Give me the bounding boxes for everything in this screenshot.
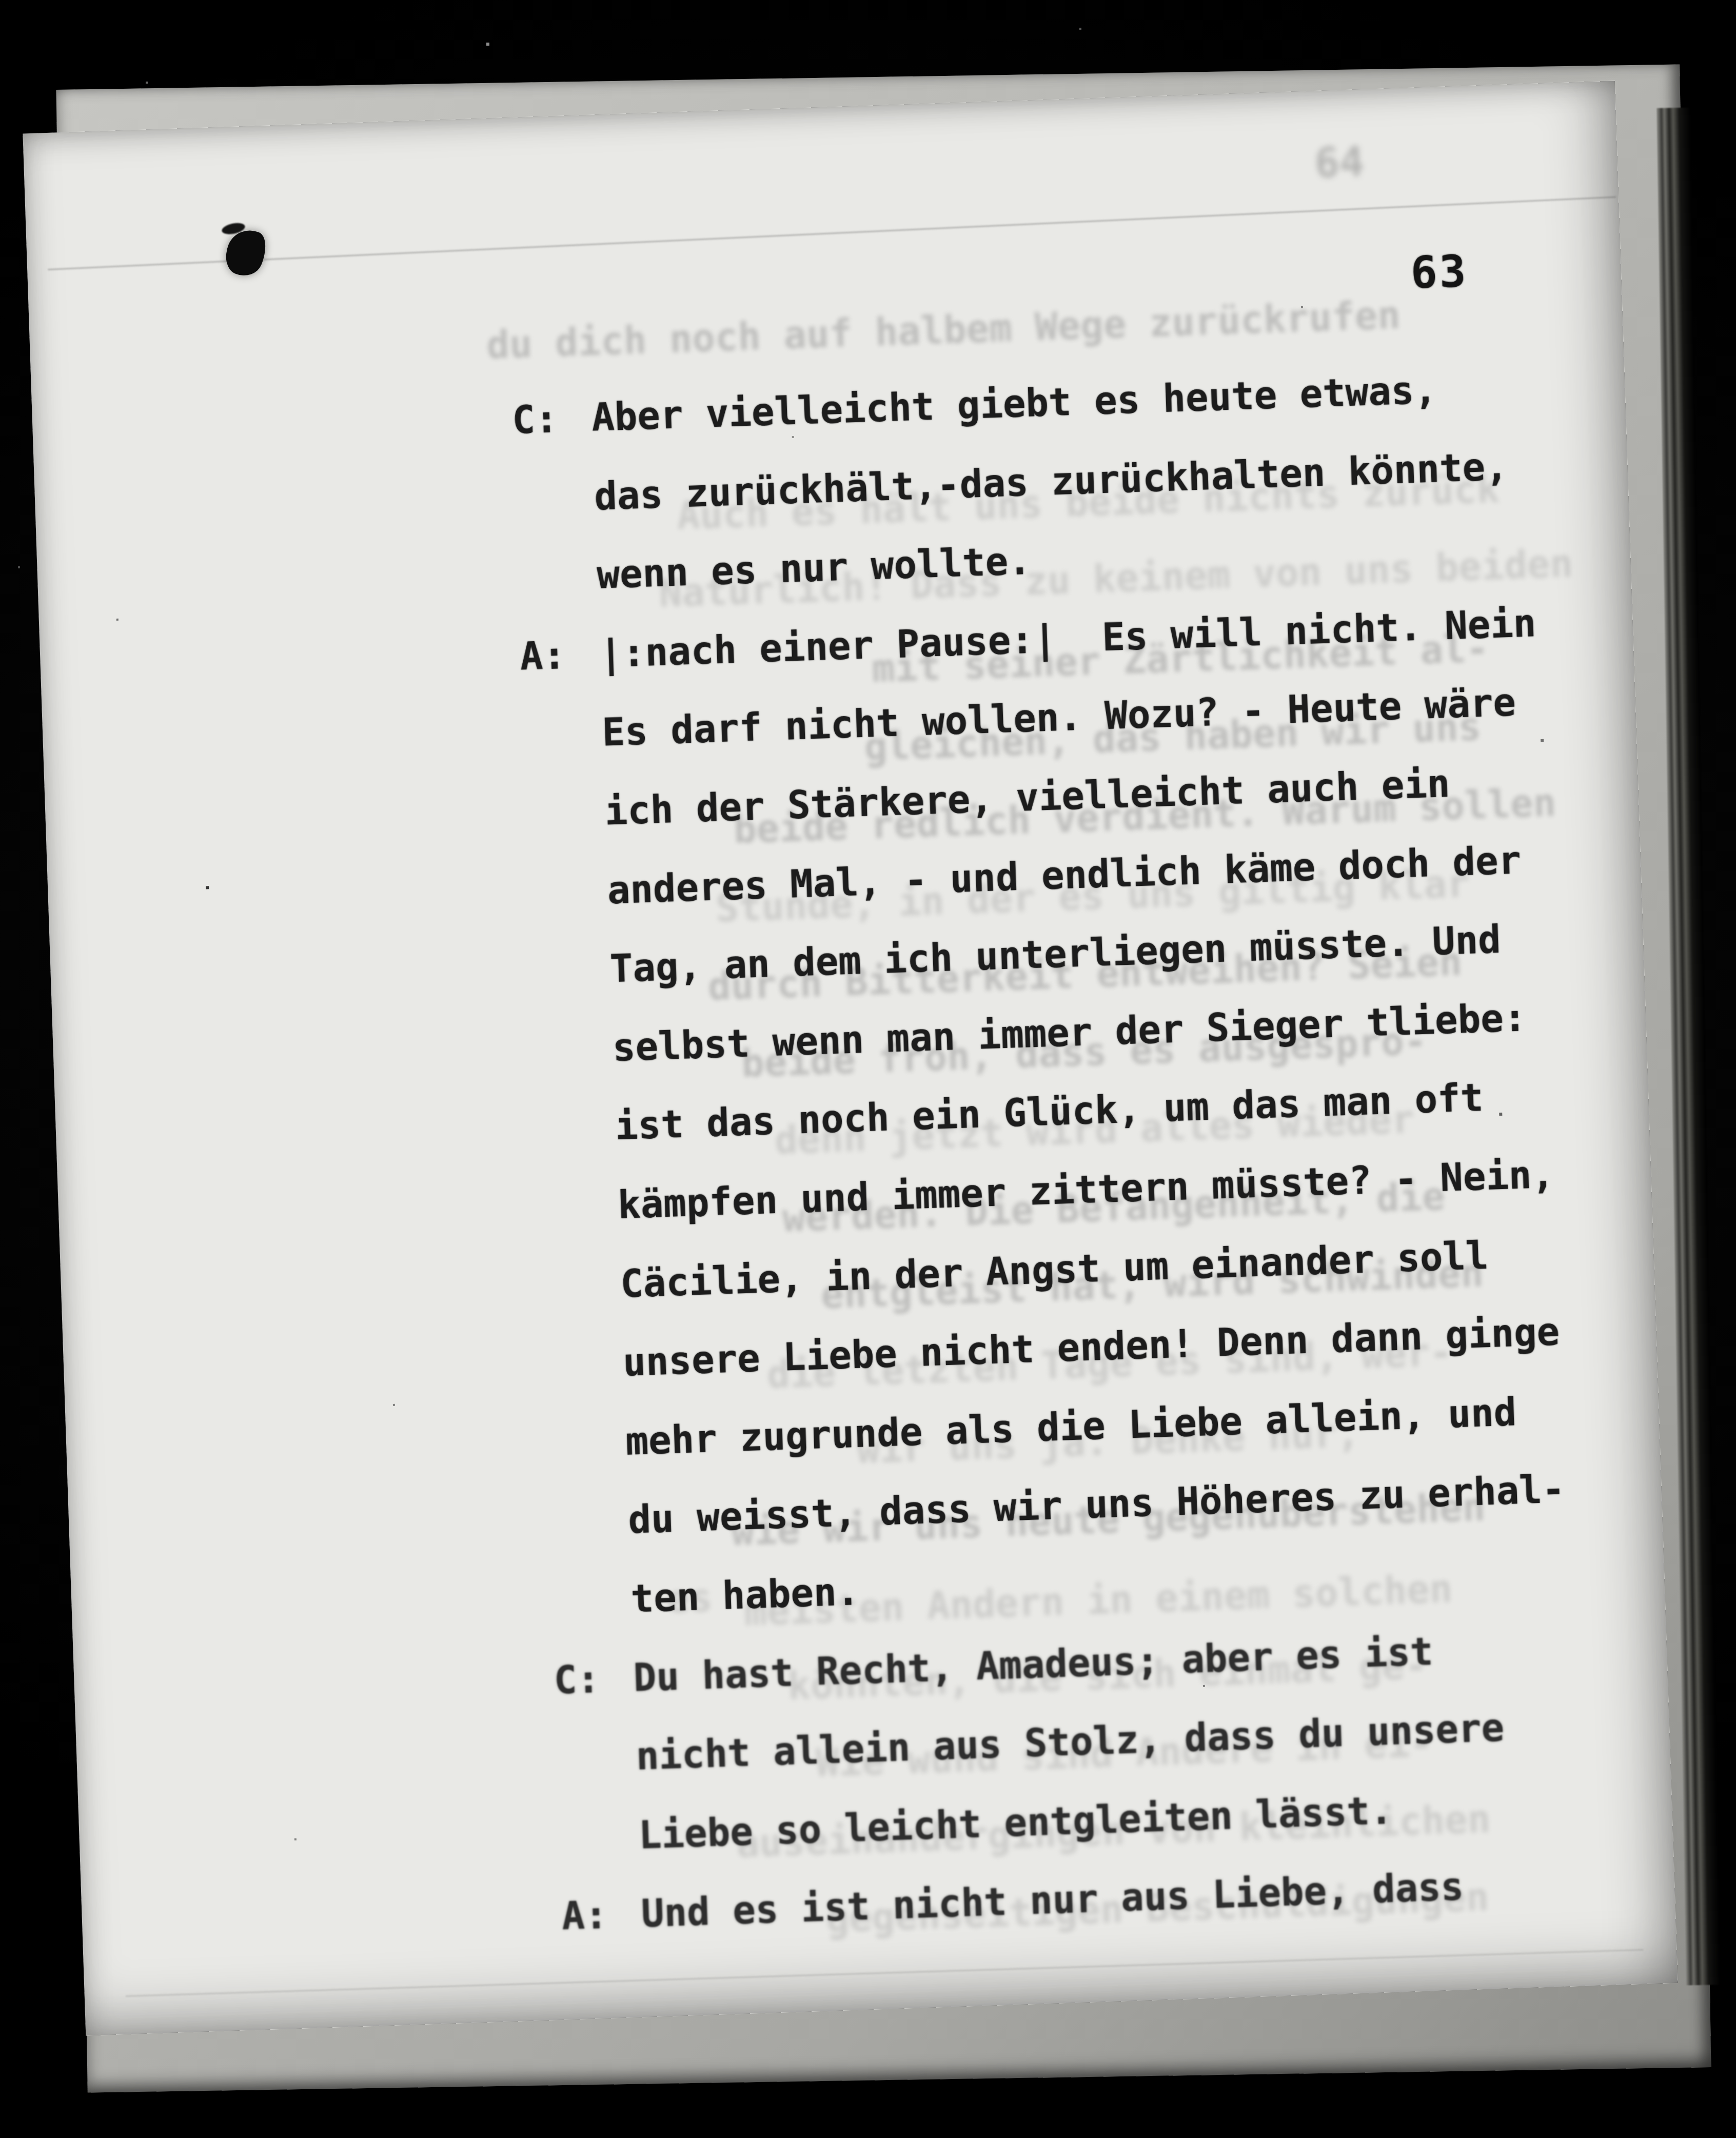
line-text: ich der Stärkere, vielleicht auch ein — [604, 762, 1450, 834]
line-text: Cäcilie, in der Angst um einander soll — [620, 1234, 1489, 1306]
manuscript-page: du dich noch auf halbem Wege zurückrufen… — [23, 81, 1678, 2036]
line-text: Tag, an dem ich unterliegen müsste. Und — [609, 918, 1502, 992]
line-text: Es darf nicht wollen. Wozu? - Heute wäre — [601, 681, 1516, 755]
speaker-label: C: — [511, 397, 559, 443]
typed-text-layer: 64 63 C:Aber vielleicht giebt es heute e… — [23, 81, 1678, 2036]
speaker-label: A: — [561, 1893, 608, 1939]
line-text: unsere Liebe nicht enden! Denn dann ging… — [622, 1310, 1560, 1385]
line-text: kämpfen und immer zittern müsste? - Nein… — [617, 1153, 1555, 1228]
line-text: selbst wenn man immer der Sieger tliebe: — [612, 996, 1527, 1070]
speaker-label: C: — [554, 1657, 601, 1703]
line-text: ten haben. — [630, 1570, 860, 1621]
page-number: 63 — [1410, 246, 1469, 299]
film-dust-specks — [0, 0, 1, 1]
line-text: |:nach einer Pause:| Es will nicht. Nein — [599, 601, 1536, 677]
line-text: du weisst, dass wir uns Höheres zu erhal… — [627, 1467, 1565, 1542]
line-text: nicht allein aus Stolz, dass du unsere — [635, 1706, 1505, 1778]
speaker-label: A: — [519, 634, 566, 679]
line-text: das zurückhält,-das zurückhalten könnte, — [594, 445, 1509, 519]
line-text: Und es ist nicht nur aus Liebe, dass — [641, 1865, 1465, 1936]
line-text: Liebe so leicht entgleiten lässt. — [638, 1789, 1393, 1858]
ghost-page-number: 64 — [1314, 138, 1365, 187]
line-text: mehr zugrunde als die Liebe allein, und — [625, 1390, 1517, 1464]
scan-background: du dich noch auf halbem Wege zurückrufen… — [0, 0, 1736, 2138]
line-text: Du hast Recht, Amadeus; aber es ist — [633, 1630, 1433, 1700]
line-text: ist das noch ein Glück, um das man oft — [615, 1076, 1484, 1149]
line-text: wenn es nur wollte. — [596, 539, 1032, 598]
line-text: anderes Mal, - und endlich käme doch der — [606, 838, 1522, 913]
line-text: Aber vielleicht giebt es heute etwas, — [591, 368, 1437, 440]
